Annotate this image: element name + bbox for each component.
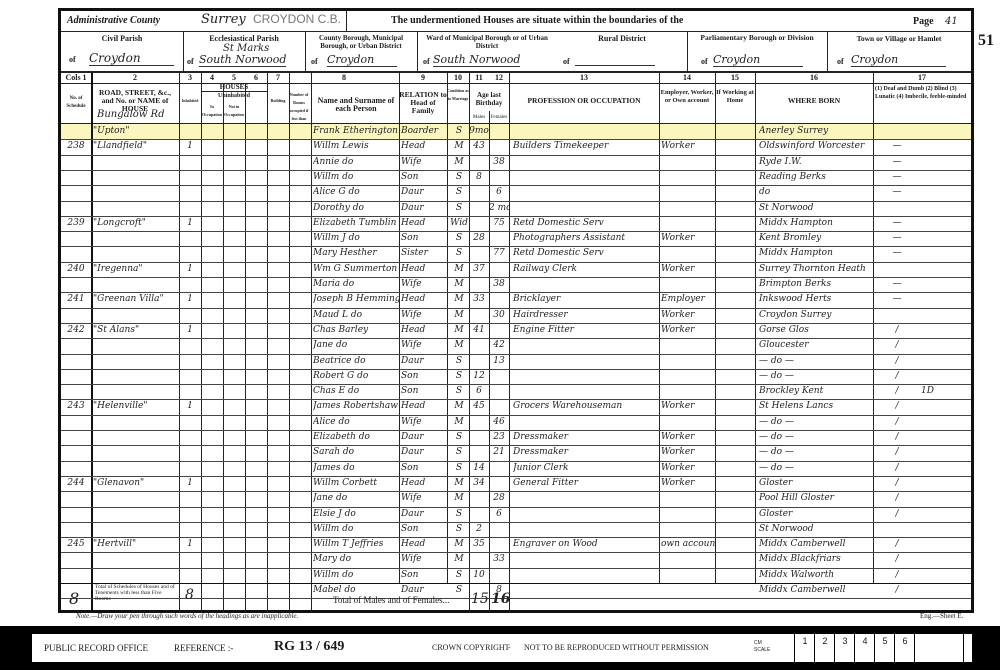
- age-male: 6: [469, 386, 489, 396]
- occupation: Bricklayer: [513, 294, 659, 304]
- employment-status: Worker: [661, 325, 715, 335]
- person-name: Alice G do: [313, 187, 399, 197]
- person-name: Annie do: [313, 157, 399, 167]
- infirmity: /: [877, 447, 917, 457]
- age-female: 2 mo: [489, 203, 509, 213]
- cm-scale: 1 2 3 4 5 6: [794, 634, 970, 662]
- table-row: Mabel doDaurS8Middx Camberwell/: [61, 583, 971, 598]
- person-name: Willm do: [313, 172, 399, 182]
- age-male: 9mo: [469, 126, 489, 136]
- infirmity-note: 1D: [921, 386, 961, 396]
- office-label: PUBLIC RECORD OFFICE: [44, 643, 148, 653]
- relation: Son: [401, 371, 447, 381]
- birthplace: Middx Blackfriars: [759, 554, 873, 564]
- marital-condition: M: [449, 157, 469, 167]
- infirmity: —: [877, 157, 917, 167]
- birthplace: Middx Hampton: [759, 218, 873, 228]
- schedule-number: 240: [61, 264, 91, 274]
- age-male: 28: [469, 233, 489, 243]
- age-male: 41: [469, 325, 489, 335]
- age-female: 30: [489, 310, 509, 320]
- person-name: Willm Corbett: [313, 478, 399, 488]
- table-row: Willm J doSonS28Photographers AssistantW…: [61, 231, 971, 246]
- birthplace: Gloster: [759, 509, 873, 519]
- relation: Wife: [401, 310, 447, 320]
- infirmity: /: [877, 509, 917, 519]
- occupation: Hairdresser: [513, 310, 659, 320]
- infirmity: —: [877, 233, 917, 243]
- table-row: 241"Greenan Villa"1Joseph B HemmingsHead…: [61, 292, 971, 307]
- census-sheet: Administrative County Surrey CROYDON C.B…: [58, 8, 974, 613]
- permission-text: NOT TO BE REPRODUCED WITHOUT PERMISSION: [524, 643, 709, 652]
- rural-district-blank: [575, 65, 655, 66]
- table-row: 244"Glenavon"1Willm CorbettHeadM34Genera…: [61, 476, 971, 491]
- marital-condition: M: [449, 554, 469, 564]
- column-heading-row: No. of Schedule ROAD, STREET, &c., and N…: [61, 83, 971, 124]
- table-row: Elizabeth doDaurS23DressmakerWorker— do …: [61, 430, 971, 445]
- schedule-number: 245: [61, 539, 91, 549]
- relation: Head: [401, 478, 447, 488]
- page-label: Page: [913, 16, 934, 27]
- age-female: 23: [489, 432, 509, 442]
- relation: Daur: [401, 187, 447, 197]
- table-row: Willm doSonS2St Norwood: [61, 522, 971, 537]
- relation: Wife: [401, 554, 447, 564]
- marital-condition: S: [449, 463, 469, 473]
- birthplace: — do —: [759, 463, 873, 473]
- house-name: "Glenavon": [93, 478, 179, 488]
- reference-label: REFERENCE :-: [174, 643, 233, 653]
- infirmity: —: [877, 279, 917, 289]
- person-name: Chas Barley: [313, 325, 399, 335]
- civil-parish-cell: Civil Parish of Croydon: [61, 31, 184, 71]
- females-total: 16: [491, 591, 510, 607]
- district-row: Civil Parish of Croydon Ecclesiastical P…: [61, 31, 971, 73]
- marital-condition: S: [449, 248, 469, 258]
- relation: Son: [401, 463, 447, 473]
- infirmity: /: [877, 386, 917, 396]
- birthplace: Brimpton Berks: [759, 279, 873, 289]
- house-name: "Llandfield": [93, 141, 179, 151]
- person-name: Willm Lewis: [313, 141, 399, 151]
- marital-condition: M: [449, 539, 469, 549]
- note-text: Note.—Draw your pen through such words o…: [76, 612, 298, 620]
- marital-condition: S: [449, 432, 469, 442]
- birthplace: Middx Hampton: [759, 248, 873, 258]
- marital-condition: S: [449, 371, 469, 381]
- table-row: Elsie J doDaurS6Gloster/: [61, 507, 971, 522]
- age-male: 8: [469, 172, 489, 182]
- birthplace: Middx Walworth: [759, 570, 873, 580]
- relation: Head: [401, 218, 447, 228]
- infirmity: /: [877, 493, 917, 503]
- admin-county-value: Surrey: [201, 12, 246, 27]
- relation: Daur: [401, 509, 447, 519]
- birthplace: Reading Berks: [759, 172, 873, 182]
- infirmity: /: [877, 356, 917, 366]
- age-male: 43: [469, 141, 489, 151]
- birthplace: St Norwood: [759, 524, 873, 534]
- occupation: Railway Clerk: [513, 264, 659, 274]
- civil-parish-value: Croydon: [89, 51, 174, 66]
- folio-number: 51: [978, 32, 994, 50]
- intro-text: The undermentioned Houses are situate wi…: [391, 15, 683, 26]
- birthplace: — do —: [759, 417, 873, 427]
- person-name: James Robertshaw: [313, 401, 399, 411]
- person-name: Mabel do: [313, 585, 399, 595]
- age-female: 46: [489, 417, 509, 427]
- table-row: Mary HestherSisterS77Retd Domestic ServM…: [61, 246, 971, 261]
- person-name: Jane do: [313, 493, 399, 503]
- county-borough-value: Croydon: [327, 53, 397, 67]
- eccl-parish-cell: Ecclesiastical Parish St Marks of South …: [183, 31, 306, 71]
- birthplace: — do —: [759, 432, 873, 442]
- age-female: 38: [489, 279, 509, 289]
- table-row: Sarah doDaurS21DressmakerWorker— do —/: [61, 445, 971, 460]
- relation: Sister: [401, 248, 447, 258]
- marital-condition: S: [449, 447, 469, 457]
- age-female: 33: [489, 554, 509, 564]
- person-name: Dorothy do: [313, 203, 399, 213]
- marital-condition: S: [449, 570, 469, 580]
- birthplace: Anerley Surrey: [759, 126, 873, 136]
- person-name: Mary do: [313, 554, 399, 564]
- infirmity: —: [877, 172, 917, 182]
- age-female: 38: [489, 157, 509, 167]
- employment-status: Worker: [661, 264, 715, 274]
- marital-condition: M: [449, 478, 469, 488]
- birthplace: Gloucester: [759, 340, 873, 350]
- person-name: Sarah do: [313, 447, 399, 457]
- marital-condition: S: [449, 356, 469, 366]
- age-male: 33: [469, 294, 489, 304]
- house-name: "Upton": [93, 126, 179, 136]
- marital-condition: S: [449, 509, 469, 519]
- age-male: 37: [469, 264, 489, 274]
- birthplace: Ryde I.W.: [759, 157, 873, 167]
- schedule-number: 244: [61, 478, 91, 488]
- eccl-parish-value: South Norwood: [199, 53, 286, 67]
- table-row: Jane doWifeM42Gloucester/: [61, 338, 971, 353]
- person-name: Beatrice do: [313, 356, 399, 366]
- table-row: James doSonS14Junior ClerkWorker— do —/: [61, 461, 971, 476]
- schedules-total: 8: [69, 589, 79, 608]
- table-row: 238"Llandfield"1Willm LewisHeadM43Builde…: [61, 139, 971, 154]
- birthplace: Middx Camberwell: [759, 539, 873, 549]
- county-borough-cell: County Borough, Municipal Borough, or Ur…: [305, 31, 418, 71]
- footer-reference-strip: PUBLIC RECORD OFFICE REFERENCE :- RG 13 …: [32, 632, 972, 664]
- employment-status: Worker: [661, 478, 715, 488]
- infirmity: —: [877, 187, 917, 197]
- marital-condition: M: [449, 264, 469, 274]
- infirmity: /: [877, 539, 917, 549]
- scale-label: CM SCALE: [754, 640, 776, 654]
- age-female: 6: [489, 187, 509, 197]
- relation: Son: [401, 386, 447, 396]
- person-name: Joseph B Hemmings: [313, 294, 399, 304]
- person-name: Maud L do: [313, 310, 399, 320]
- age-female: 13: [489, 356, 509, 366]
- person-name: Robert G do: [313, 371, 399, 381]
- house-name: "Iregenna": [93, 264, 179, 274]
- occupation: Photographers Assistant: [513, 233, 659, 243]
- table-row: 242"St Alans"1Chas BarleyHeadM41Engine F…: [61, 323, 971, 338]
- relation: Son: [401, 233, 447, 243]
- table-row: 243"Helenville"1James RobertshawHeadM45G…: [61, 399, 971, 414]
- table-row: Beatrice doDaurS13— do —/: [61, 354, 971, 369]
- house-name: "Longcroft": [93, 218, 179, 228]
- sheet-id: Eng.—Sheet E.: [920, 612, 963, 620]
- relation: Son: [401, 172, 447, 182]
- infirmity: /: [877, 325, 917, 335]
- table-row: Chas E doSonS6Brockley Kent/1D: [61, 384, 971, 399]
- person-name: Willm do: [313, 570, 399, 580]
- marital-condition: S: [449, 203, 469, 213]
- parl-borough-cell: Parliamentary Borough or Division of Cro…: [687, 31, 828, 71]
- occupation: Retd Domestic Serv: [513, 248, 659, 258]
- inhabited-count: 1: [179, 294, 201, 304]
- occupation: Engine Fitter: [513, 325, 659, 335]
- age-female: 75: [489, 218, 509, 228]
- birthplace: Inkswood Herts: [759, 294, 873, 304]
- relation: Boarder: [401, 126, 447, 136]
- infirmity: /: [877, 585, 917, 595]
- table-row: "Upton"Frank EtheringtonBoarderS9moAnerl…: [61, 124, 971, 139]
- marital-condition: M: [449, 279, 469, 289]
- marital-condition: S: [449, 233, 469, 243]
- person-name: Willm do: [313, 524, 399, 534]
- schedule-number: 239: [61, 218, 91, 228]
- person-name: Mary Hesther: [313, 248, 399, 258]
- birthplace: — do —: [759, 356, 873, 366]
- reference-value: RG 13 / 649: [274, 639, 344, 655]
- schedule-number: 243: [61, 401, 91, 411]
- birthplace: Surrey Thornton Heath: [759, 264, 873, 274]
- houses-total: 8: [185, 587, 194, 603]
- road-heading: Bungalow Rd: [97, 109, 164, 120]
- occupation: Builders Timekeeper: [513, 141, 659, 151]
- birthplace: — do —: [759, 447, 873, 457]
- infirmity: /: [877, 401, 917, 411]
- marital-condition: M: [449, 141, 469, 151]
- house-name: "Helenville": [93, 401, 179, 411]
- relation: Wife: [401, 279, 447, 289]
- town-value: Croydon: [851, 53, 946, 67]
- infirmity: —: [877, 248, 917, 258]
- birthplace: Gloster: [759, 478, 873, 488]
- person-name: Wm G Summerton: [313, 264, 399, 274]
- birthplace: Gorse Glos: [759, 325, 873, 335]
- relation: Head: [401, 325, 447, 335]
- males-total: 15: [471, 591, 489, 607]
- birthplace: Middx Camberwell: [759, 585, 873, 595]
- birthplace: Oldswinford Worcester: [759, 141, 873, 151]
- employment-status: Employer: [661, 294, 715, 304]
- table-row: Maria doWifeM38Brimpton Berks—: [61, 277, 971, 292]
- relation: Daur: [401, 432, 447, 442]
- inhabited-count: 1: [179, 539, 201, 549]
- table-row: 245"Hertvill"1Willm T JeffriesHeadM35Eng…: [61, 537, 971, 552]
- marital-condition: S: [449, 524, 469, 534]
- relation: Daur: [401, 356, 447, 366]
- infirmity: /: [877, 340, 917, 350]
- birthplace: Croydon Surrey: [759, 310, 873, 320]
- rural-district-cell: Rural District of: [557, 31, 688, 71]
- employment-status: Worker: [661, 233, 715, 243]
- age-male: 2: [469, 524, 489, 534]
- schedules-label: Total of Schedules of Houses and of Tene…: [95, 584, 177, 602]
- marital-condition: M: [449, 417, 469, 427]
- schedule-number: 242: [61, 325, 91, 335]
- ward-cell: Ward of Municipal Borough or of Urban Di…: [417, 31, 557, 71]
- house-name: "Hertvill": [93, 539, 179, 549]
- person-name: James do: [313, 463, 399, 473]
- relation: Son: [401, 524, 447, 534]
- marital-condition: M: [449, 294, 469, 304]
- inhabited-count: 1: [179, 264, 201, 274]
- birthplace: St Norwood: [759, 203, 873, 213]
- employment-status: Worker: [661, 141, 715, 151]
- age-male: 14: [469, 463, 489, 473]
- person-name: Willm T Jeffries: [313, 539, 399, 549]
- inhabited-count: 1: [179, 478, 201, 488]
- inhabited-count: 1: [179, 401, 201, 411]
- relation: Son: [401, 570, 447, 580]
- birthplace: Brockley Kent: [759, 386, 873, 396]
- table-row: Annie doWifeM38Ryde I.W.—: [61, 155, 971, 170]
- occupation: Dressmaker: [513, 432, 659, 442]
- town-cell: Town or Village or Hamlet of Croydon: [827, 31, 971, 71]
- person-name: Elizabeth Tumblin: [313, 218, 399, 228]
- infirmity: /: [877, 371, 917, 381]
- schedule-number: 238: [61, 141, 91, 151]
- age-male: 35: [469, 539, 489, 549]
- person-name: Jane do: [313, 340, 399, 350]
- marital-condition: M: [449, 340, 469, 350]
- employment-status: own account: [661, 539, 715, 549]
- person-name: Willm J do: [313, 233, 399, 243]
- infirmity: /: [877, 463, 917, 473]
- table-row: Alice doWifeM46— do —/: [61, 415, 971, 430]
- relation: Head: [401, 539, 447, 549]
- employment-status: Worker: [661, 310, 715, 320]
- relation: Head: [401, 141, 447, 151]
- person-name: Elizabeth do: [313, 432, 399, 442]
- admin-county-box: Administrative County Surrey CROYDON C.B…: [61, 11, 347, 31]
- relation: Wife: [401, 417, 447, 427]
- occupation: General Fitter: [513, 478, 659, 488]
- birthplace: Kent Bromley: [759, 233, 873, 243]
- ward-value: South Norwood: [433, 53, 520, 67]
- age-female: 77: [489, 248, 509, 258]
- relation: Daur: [401, 447, 447, 457]
- relation: Daur: [401, 203, 447, 213]
- marital-condition: M: [449, 325, 469, 335]
- table-row: 240"Iregenna"1Wm G SummertonHeadM37Railw…: [61, 262, 971, 277]
- marital-condition: S: [449, 187, 469, 197]
- occupation: Dressmaker: [513, 447, 659, 457]
- marital-condition: Wid: [449, 218, 469, 228]
- person-name: Chas E do: [313, 386, 399, 396]
- relation: Wife: [401, 493, 447, 503]
- birthplace: St Helens Lancs: [759, 401, 873, 411]
- occupation: Junior Clerk: [513, 463, 659, 473]
- footer-bar: PUBLIC RECORD OFFICE REFERENCE :- RG 13 …: [0, 626, 1000, 670]
- relation: Wife: [401, 340, 447, 350]
- occupation: Grocers Warehouseman: [513, 401, 659, 411]
- table-row: 239"Longcroft"1Elizabeth TumblinHeadWid7…: [61, 216, 971, 231]
- marital-condition: M: [449, 401, 469, 411]
- house-name: "St Alans": [93, 325, 179, 335]
- person-name: Frank Etherington: [313, 126, 399, 136]
- copyright-text: CROWN COPYRIGHT: [432, 643, 510, 652]
- employment-status: Worker: [661, 463, 715, 473]
- admin-county-label: Administrative County: [67, 15, 160, 26]
- infirmity: /: [877, 570, 917, 580]
- infirmity: —: [877, 294, 917, 304]
- birthplace: do: [759, 187, 873, 197]
- age-male: 34: [469, 478, 489, 488]
- relation: Head: [401, 294, 447, 304]
- table-row: Willm doSonS10Middx Walworth/: [61, 568, 971, 583]
- employment-status: Worker: [661, 432, 715, 442]
- inhabited-count: 1: [179, 141, 201, 151]
- males-females-label: Total of Males and of Females...: [333, 595, 449, 605]
- age-female: 21: [489, 447, 509, 457]
- admin-county-stamp: CROYDON C.B.: [253, 12, 341, 26]
- inhabited-count: 1: [179, 218, 201, 228]
- inhabited-count: 1: [179, 325, 201, 335]
- table-row: Willm doSonS8Reading Berks—: [61, 170, 971, 185]
- table-row: Mary doWifeM33Middx Blackfriars/: [61, 552, 971, 567]
- relation: Daur: [401, 585, 447, 595]
- age-female: 42: [489, 340, 509, 350]
- age-female: 6: [489, 509, 509, 519]
- table-row: Jane doWifeM28Pool Hill Gloster/: [61, 491, 971, 506]
- marital-condition: S: [449, 126, 469, 136]
- relation: Head: [401, 401, 447, 411]
- parl-borough-value: Croydon: [713, 53, 803, 67]
- birthplace: — do —: [759, 371, 873, 381]
- page-number: 41: [945, 16, 958, 27]
- occupation: Engraver on Wood: [513, 539, 659, 549]
- marital-condition: S: [449, 386, 469, 396]
- person-name: Elsie J do: [313, 509, 399, 519]
- table-row: Robert G doSonS12— do —/: [61, 369, 971, 384]
- table-row: Dorothy doDaurS2 moSt Norwood: [61, 201, 971, 216]
- house-name: "Greenan Villa": [93, 294, 179, 304]
- employment-status: Worker: [661, 447, 715, 457]
- relation: Wife: [401, 157, 447, 167]
- marital-condition: M: [449, 310, 469, 320]
- age-male: 12: [469, 371, 489, 381]
- infirmity: /: [877, 432, 917, 442]
- birthplace: Pool Hill Gloster: [759, 493, 873, 503]
- infirmity: —: [877, 141, 917, 151]
- infirmity: —: [877, 218, 917, 228]
- age-male: 10: [469, 570, 489, 580]
- person-name: Maria do: [313, 279, 399, 289]
- age-male: 45: [469, 401, 489, 411]
- table-row: Alice G doDaurS6do—: [61, 185, 971, 200]
- marital-condition: S: [449, 585, 469, 595]
- marital-condition: S: [449, 172, 469, 182]
- table-row: Maud L doWifeM30HairdresserWorkerCroydon…: [61, 308, 971, 323]
- infirmity: /: [877, 554, 917, 564]
- person-name: Alice do: [313, 417, 399, 427]
- marital-condition: M: [449, 493, 469, 503]
- occupation: Retd Domestic Serv: [513, 218, 659, 228]
